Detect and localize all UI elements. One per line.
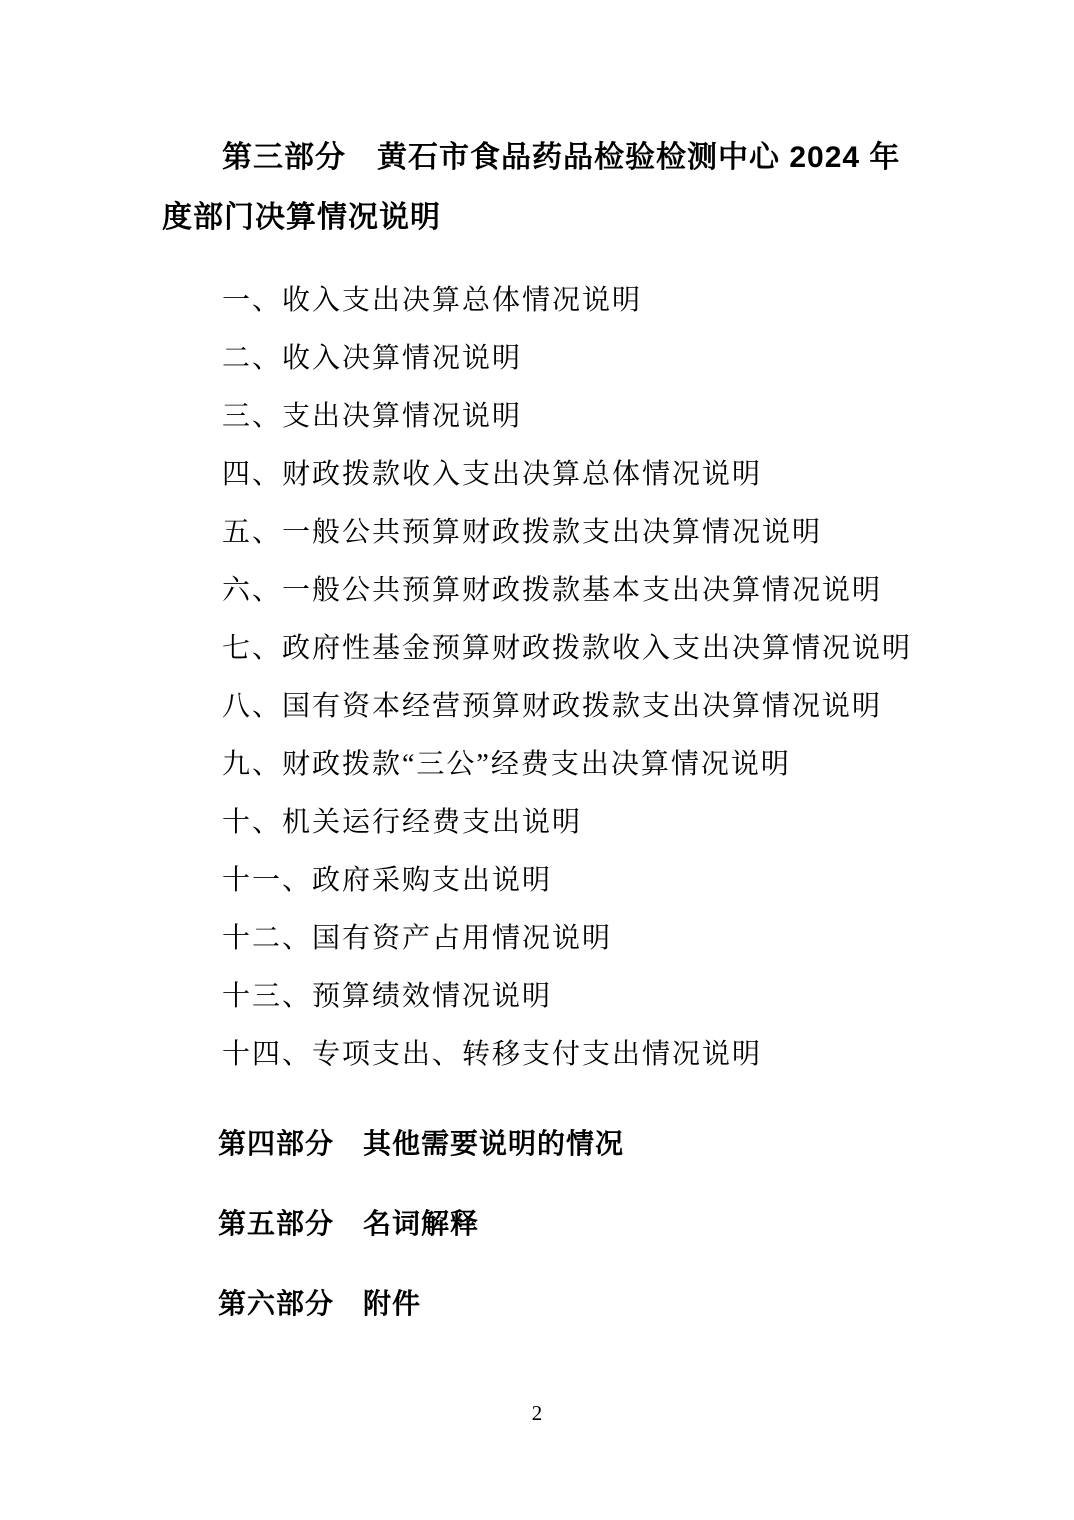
toc-item-13: 十三、预算绩效情况说明 bbox=[162, 968, 924, 1026]
toc-item-10: 十、机关运行经费支出说明 bbox=[162, 794, 924, 852]
toc-item-2: 二、收入决算情况说明 bbox=[162, 330, 924, 388]
page-content: 第三部分 黄石市食品药品检验检测中心 2024 年度部门决算情况说明 一、收入支… bbox=[0, 0, 1074, 1333]
document-page: 第三部分 黄石市食品药品检验检测中心 2024 年度部门决算情况说明 一、收入支… bbox=[0, 0, 1074, 1520]
part-4-heading: 第四部分 其他需要说明的情况 bbox=[162, 1115, 924, 1173]
toc-item-9: 九、财政拨款“三公”经费支出决算情况说明 bbox=[162, 736, 924, 794]
toc-item-6: 六、一般公共预算财政拨款基本支出决算情况说明 bbox=[162, 562, 924, 620]
toc-item-5: 五、一般公共预算财政拨款支出决算情况说明 bbox=[162, 504, 924, 562]
toc-item-8: 八、国有资本经营预算财政拨款支出决算情况说明 bbox=[162, 678, 924, 736]
page-number: 2 bbox=[0, 1398, 1074, 1428]
table-of-contents: 一、收入支出决算总体情况说明 二、收入决算情况说明 三、支出决算情况说明 四、财… bbox=[162, 272, 924, 1084]
part-6-heading: 第六部分 附件 bbox=[162, 1275, 924, 1333]
toc-item-3: 三、支出决算情况说明 bbox=[162, 388, 924, 446]
toc-item-12: 十二、国有资产占用情况说明 bbox=[162, 910, 924, 968]
toc-item-14: 十四、专项支出、转移支付支出情况说明 bbox=[162, 1026, 924, 1084]
toc-item-11: 十一、政府采购支出说明 bbox=[162, 852, 924, 910]
toc-item-7: 七、政府性基金预算财政拨款收入支出决算情况说明 bbox=[162, 620, 924, 678]
toc-item-1: 一、收入支出决算总体情况说明 bbox=[162, 272, 924, 330]
part-5-heading: 第五部分 名词解释 bbox=[162, 1195, 924, 1253]
toc-item-4: 四、财政拨款收入支出决算总体情况说明 bbox=[162, 446, 924, 504]
part-3-heading: 第三部分 黄石市食品药品检验检测中心 2024 年度部门决算情况说明 bbox=[162, 128, 924, 248]
